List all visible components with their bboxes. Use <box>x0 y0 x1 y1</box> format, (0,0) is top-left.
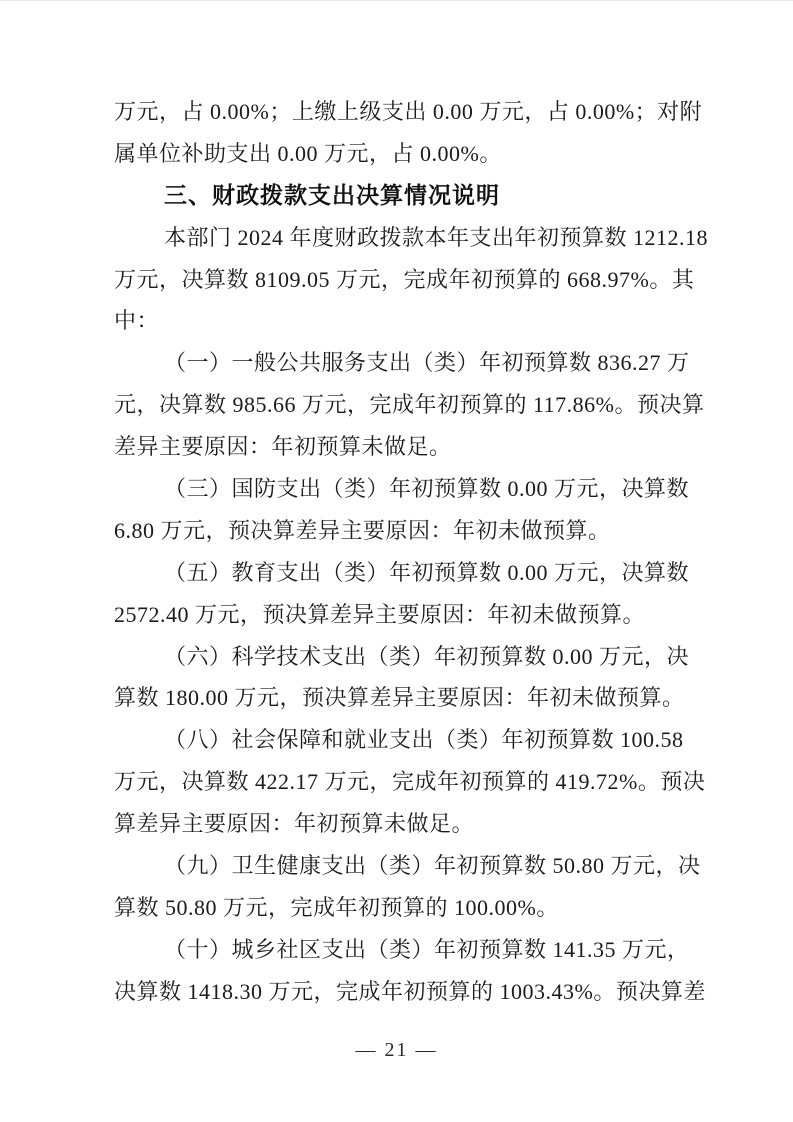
text-line: （八）社会保障和就业支出（类）年初预算数 100.58 <box>114 719 704 761</box>
text-line: 6.80 万元，预决算差异主要原因：年初未做预算。 <box>114 510 704 552</box>
text-line: 差异主要原因：年初预算未做足。 <box>114 426 704 468</box>
text-line: （五）教育支出（类）年初预算数 0.00 万元，决算数 <box>114 552 704 594</box>
text-line: 万元，占 0.00%；上缴上级支出 0.00 万元，占 0.00%；对附 <box>114 91 704 133</box>
text-line: 属单位补助支出 0.00 万元，占 0.00%。 <box>114 133 704 175</box>
text-line: 决算数 1418.30 万元，完成年初预算的 1003.43%。预决算差 <box>114 971 704 1013</box>
text-line: 算差异主要原因：年初预算未做足。 <box>114 803 704 845</box>
text-line: （一）一般公共服务支出（类）年初预算数 836.27 万 <box>114 342 704 384</box>
section-heading: 三、财政拨款支出决算情况说明 <box>114 175 704 217</box>
text-line: 算数 180.00 万元，预决算差异主要原因：年初未做预算。 <box>114 677 704 719</box>
text-line: （六）科学技术支出（类）年初预算数 0.00 万元，决 <box>114 636 704 678</box>
text-line: （九）卫生健康支出（类）年初预算数 50.80 万元，决 <box>114 845 704 887</box>
document-page: 万元，占 0.00%；上缴上级支出 0.00 万元，占 0.00%；对附属单位补… <box>0 0 793 1122</box>
text-line: （三）国防支出（类）年初预算数 0.00 万元，决算数 <box>114 468 704 510</box>
text-line: 万元，决算数 8109.05 万元，完成年初预算的 668.97%。其 <box>114 259 704 301</box>
text-line: 中： <box>114 300 704 342</box>
text-line: 本部门 2024 年度财政拨款本年支出年初预算数 1212.18 <box>114 217 704 259</box>
text-line: 算数 50.80 万元，完成年初预算的 100.00%。 <box>114 887 704 929</box>
page-number-footer: — 21 — <box>0 1039 793 1062</box>
document-lines: 万元，占 0.00%；上缴上级支出 0.00 万元，占 0.00%；对附属单位补… <box>114 91 704 1013</box>
text-line: （十）城乡社区支出（类）年初预算数 141.35 万元， <box>114 929 704 971</box>
text-line: 2572.40 万元，预决算差异主要原因：年初未做预算。 <box>114 594 704 636</box>
text-line: 万元，决算数 422.17 万元，完成年初预算的 419.72%。预决 <box>114 761 704 803</box>
text-line: 元，决算数 985.66 万元，完成年初预算的 117.86%。预决算 <box>114 384 704 426</box>
